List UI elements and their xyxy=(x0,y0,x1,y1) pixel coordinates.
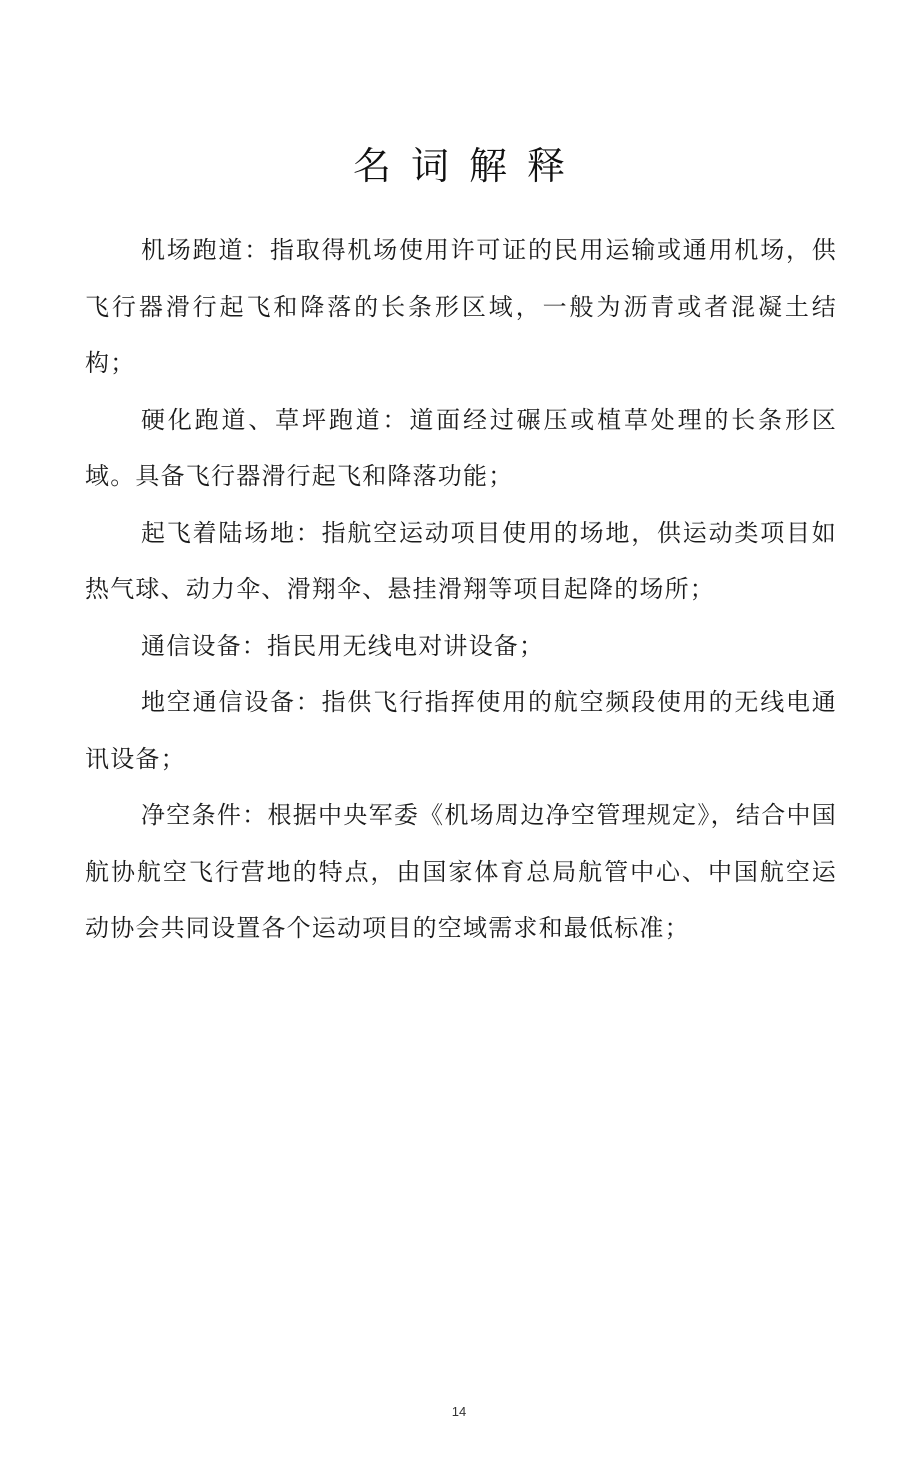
definition-takeoff-landing-site: 起飞着陆场地：指航空运动项目使用的场地，供运动类项目如热气球、动力伞、滑翔伞、悬… xyxy=(85,505,837,618)
definition-hardened-grass-runway: 硬化跑道、草坪跑道：道面经过碾压或植草处理的长条形区域。具备飞行器滑行起飞和降落… xyxy=(85,392,837,505)
page-title: 名词解释 xyxy=(0,135,918,190)
definition-communication-equipment: 通信设备：指民用无线电对讲设备； xyxy=(85,618,837,675)
definition-runway: 机场跑道：指取得机场使用许可证的民用运输或通用机场，供飞行器滑行起飞和降落的长条… xyxy=(85,222,837,392)
definition-clearance-conditions: 净空条件：根据中央军委《机场周边净空管理规定》，结合中国航协航空飞行营地的特点，… xyxy=(85,787,837,957)
page-number: 14 xyxy=(0,1404,918,1419)
glossary-body: 机场跑道：指取得机场使用许可证的民用运输或通用机场，供飞行器滑行起飞和降落的长条… xyxy=(85,222,837,957)
definition-ground-air-communication: 地空通信设备：指供飞行指挥使用的航空频段使用的无线电通讯设备； xyxy=(85,674,837,787)
